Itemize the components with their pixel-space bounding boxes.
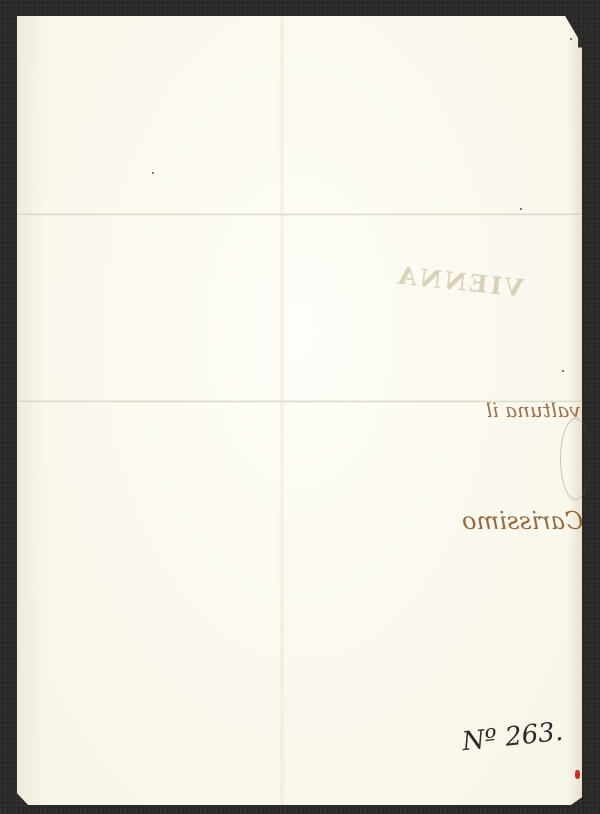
ink-speck bbox=[562, 370, 564, 372]
bleed-through-handwriting-2: Carissimo bbox=[462, 507, 583, 535]
ink-speck bbox=[152, 172, 154, 174]
horizontal-fold-upper bbox=[17, 213, 582, 216]
vertical-crease bbox=[279, 16, 285, 805]
ink-speck bbox=[570, 38, 572, 40]
bleed-through-handwriting-1: valtuna il bbox=[486, 398, 581, 422]
seal-impression-outline bbox=[560, 418, 591, 500]
ink-speck bbox=[520, 208, 522, 210]
red-wax-mark bbox=[575, 770, 580, 779]
